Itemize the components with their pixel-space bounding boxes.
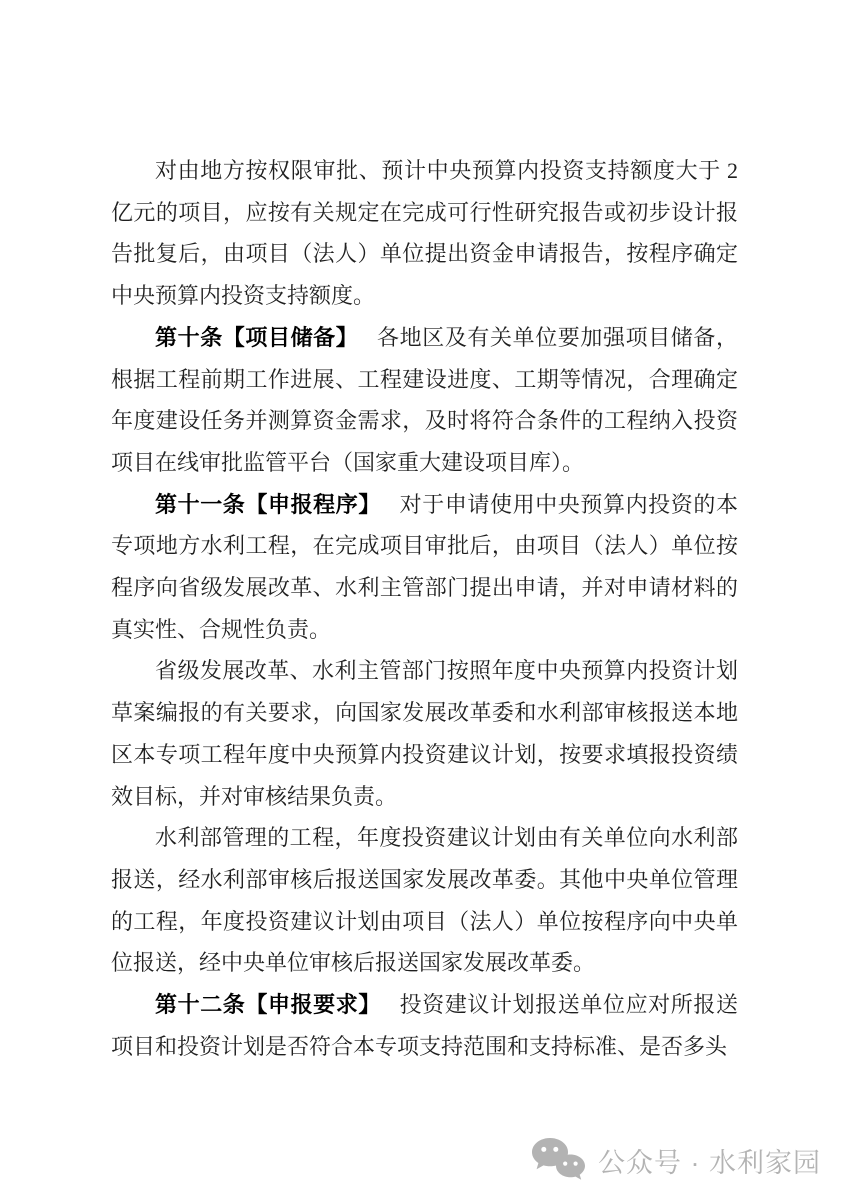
- article-heading: 第十一条【申报程序】: [155, 492, 381, 517]
- article-heading: 第十二条【申报要求】: [155, 992, 381, 1017]
- watermark: 公众号 · 水利家园: [530, 1136, 821, 1184]
- paragraph-text: 水利部管理的工程，年度投资建议计划由有关单位向水利部报送，经水利部审核后报送国家…: [111, 825, 738, 975]
- paragraph: 第十一条【申报程序】对于申请使用中央预算内投资的本专项地方水利工程，在完成项目审…: [111, 484, 738, 651]
- paragraph: 水利部管理的工程，年度投资建议计划由有关单位向水利部报送，经水利部审核后报送国家…: [111, 817, 738, 984]
- paragraph: 省级发展改革、水利主管部门按照年度中央预算内投资计划草案编报的有关要求，向国家发…: [111, 650, 738, 817]
- paragraph-list: 对由地方按权限审批、预计中央预算内投资支持额度大于 2 亿元的项目，应按有关规定…: [111, 150, 738, 1067]
- article-heading: 第十条【项目储备】: [155, 325, 358, 350]
- watermark-label: 公众号 · 水利家园: [598, 1141, 821, 1180]
- wechat-icon: [530, 1136, 586, 1184]
- paragraph-text: 对由地方按权限审批、预计中央预算内投资支持额度大于 2 亿元的项目，应按有关规定…: [111, 158, 738, 308]
- paragraph: 对由地方按权限审批、预计中央预算内投资支持额度大于 2 亿元的项目，应按有关规定…: [111, 150, 738, 317]
- document-page: 对由地方按权限审批、预计中央预算内投资支持额度大于 2 亿元的项目，应按有关规定…: [0, 0, 849, 1200]
- paragraph: 第十二条【申报要求】投资建议计划报送单位应对所报送项目和投资计划是否符合本专项支…: [111, 984, 738, 1067]
- paragraph-text: 省级发展改革、水利主管部门按照年度中央预算内投资计划草案编报的有关要求，向国家发…: [111, 658, 738, 808]
- paragraph: 第十条【项目储备】各地区及有关单位要加强项目储备，根据工程前期工作进展、工程建设…: [111, 317, 738, 484]
- document-body: 对由地方按权限审批、预计中央预算内投资支持额度大于 2 亿元的项目，应按有关规定…: [111, 150, 738, 1067]
